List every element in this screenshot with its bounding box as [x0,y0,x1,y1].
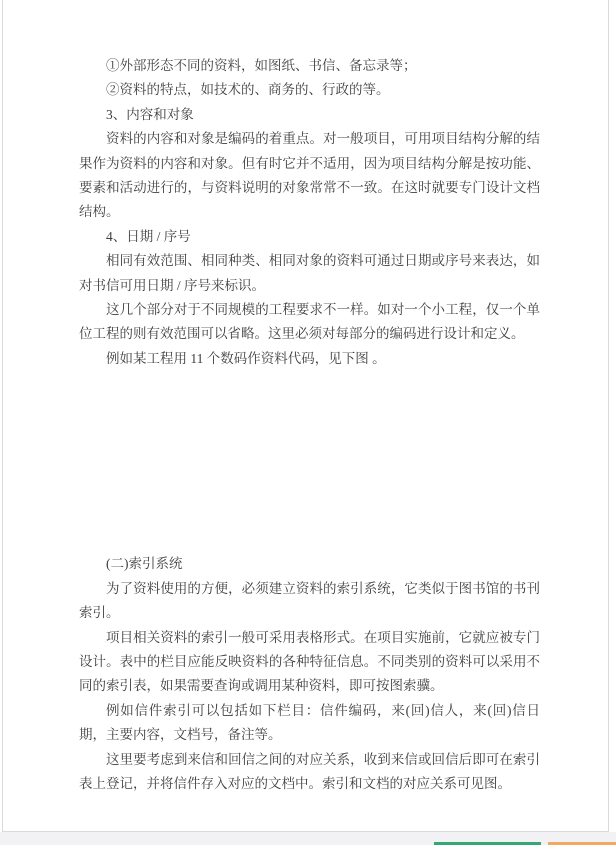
screenshot-root: { "window": { "background": "#ffffff" },… [0,0,616,845]
paragraph: 4、日期 / 序号 [79,225,540,249]
paragraph: 3、内容和对象 [79,103,540,127]
paragraph: ②资料的特点，如技术的、商务的、行政的等。 [79,78,540,102]
paragraph: 项目相关资料的索引一般可采用表格形式。在项目实施前，它就应被专门设计。表中的栏目… [79,626,540,699]
paragraph: 资料的内容和对象是编码的着重点。对一般项目，可用项目结构分解的结果作为资料的内容… [79,127,540,225]
paragraph: 为了资料使用的方便，必须建立资料的索引系统，它类似于图书馆的书刊索引。 [79,577,540,626]
paragraph: 相同有效范围、相同种类、相同对象的资料可通过日期或序号来表达，如对书信可用日期 … [79,249,540,298]
paragraph: ①外部形态不同的资料，如图纸、书信、备忘录等； [79,54,540,78]
paragraph: 例如信件索引可以包括如下栏目：信件编码，来(回)信人，来(回)信日期，主要内容，… [79,699,540,748]
document-page: ①外部形态不同的资料，如图纸、书信、备忘录等；②资料的特点，如技术的、商务的、行… [2,0,609,832]
paragraph: 这里要考虑到来信和回信之间的对应关系，收到来信或回信后即可在索引表上登记，并将信… [79,748,540,797]
paragraph: (二)索引系统 [79,552,540,576]
document-body: ①外部形态不同的资料，如图纸、书信、备忘录等；②资料的特点，如技术的、商务的、行… [79,54,540,796]
paragraph: 这几个部分对于不同规模的工程要求不一样。如对一个小工程，仅一个单位工程的则有效范… [79,298,540,347]
paragraph: 例如某工程用 11 个数码作资料代码，见下图 。 [79,347,540,371]
figure-placeholder [79,371,540,552]
